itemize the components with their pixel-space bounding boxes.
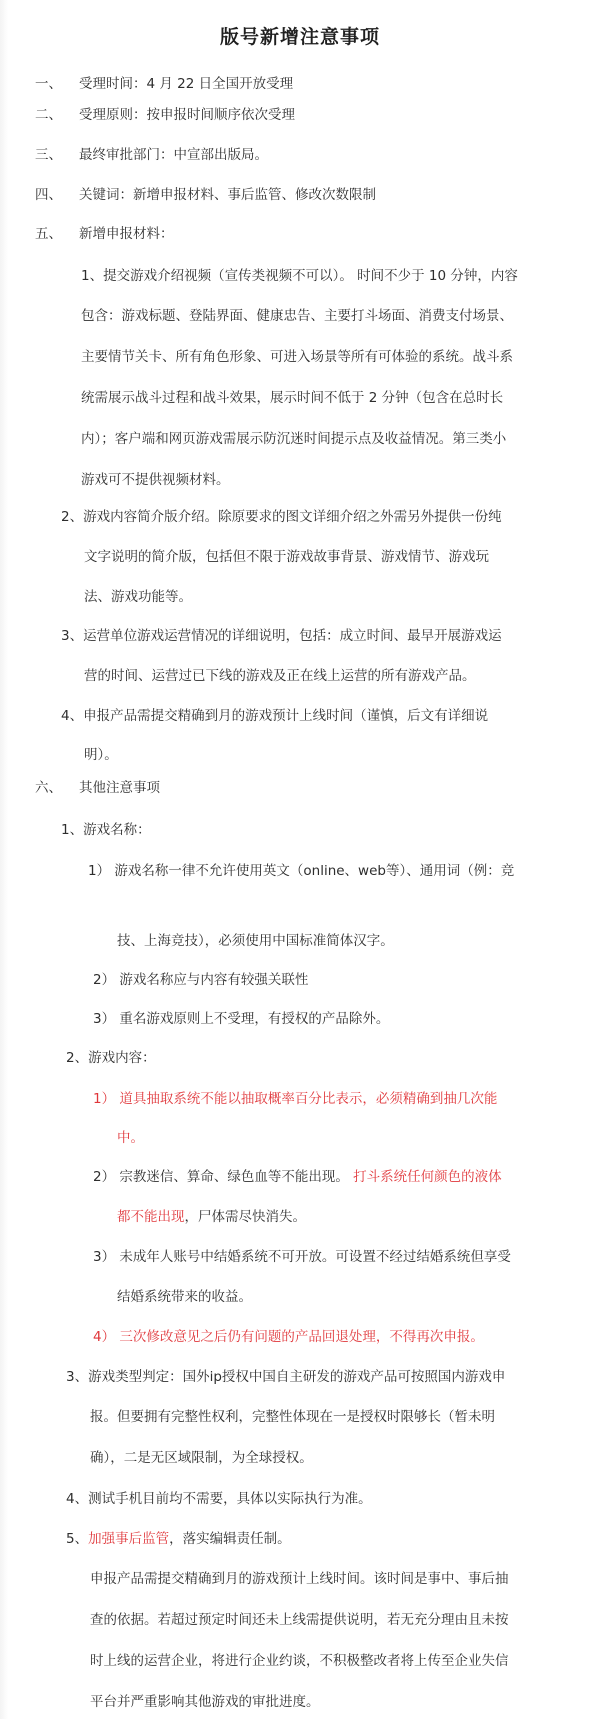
material-4-line-1: 4、申报产品需提交精确到月的游戏预计上线时间（谨慎，后文有详细说 xyxy=(61,707,488,725)
game-content-rule-3-line-1: 3） 未成年人账号中结婚系统不可开放。可设置不经过结婚系统但享受 xyxy=(93,1248,511,1266)
material-1-line-3: 主要情节关卡、所有角色形象、可进入场景等所有可体验的系统。战斗系 xyxy=(81,348,513,366)
material-2-line-3: 法、游戏功能等。 xyxy=(84,588,192,606)
game-type-line-1: 3、游戏类型判定：国外ip授权中国自主研发的游戏产品可按照国内游戏申 xyxy=(66,1368,505,1386)
material-3-line-1: 3、运营单位游戏运营情况的详细说明，包括：成立时间、最早开展游戏运 xyxy=(61,627,502,645)
section-6: 六、其他注意事项 xyxy=(35,779,160,797)
game-content-rule-3-line-2: 结婚系统带来的收益。 xyxy=(117,1288,252,1306)
supervision-heading: 5、加强事后监管，落实编辑责任制。 xyxy=(66,1530,291,1548)
section-1: 一、受理时间：4 月 22 日全国开放受理 xyxy=(35,75,293,93)
section-5: 五、新增申报材料： xyxy=(35,225,174,243)
material-1-line-4: 统需展示战斗过程和战斗效果，展示时间不低于 2 分钟（包含在总时长 xyxy=(81,389,503,407)
material-1-line-5: 内）；客户端和网页游戏需展示防沉迷时间提示点及收益情况。第三类小 xyxy=(81,430,506,448)
game-name-heading: 1、游戏名称： xyxy=(61,821,151,839)
left-edge-shadow xyxy=(0,0,8,1719)
material-4-line-2: 明）。 xyxy=(84,746,118,764)
section-2: 二、受理原则：按申报时间顺序依次受理 xyxy=(35,106,295,124)
supervision-body-line-3: 时上线的运营企业，将进行企业约谈，不积极整改者将上传至企业失信 xyxy=(90,1652,509,1670)
game-name-rule-1-line-1: 1） 游戏名称一律不允许使用英文（online、web等）、通用词（例：竞 xyxy=(88,862,514,880)
section-4: 四、关键词：新增申报材料、事后监管、修改次数限制 xyxy=(35,186,376,204)
material-1-line-2: 包含：游戏标题、登陆界面、健康忠告、主要打斗场面、消费支付场景、 xyxy=(81,307,513,325)
game-type-line-3: 确），二是无区域限制，为全球授权。 xyxy=(90,1449,313,1467)
game-type-line-2: 报。但要拥有完整性权利，完整性体现在一是授权时限够长（暂未明 xyxy=(90,1408,495,1426)
game-content-rule-2-line-2: 都不能出现，尸体需尽快消失。 xyxy=(117,1208,306,1226)
material-1-line-1: 1、提交游戏介绍视频（宣传类视频不可以）。 时间不少于 10 分钟，内容 xyxy=(81,267,518,285)
game-name-rule-1-line-2: 技、上海竞技），必须使用中国标准简体汉字。 xyxy=(117,932,394,950)
game-content-rule-4: 4） 三次修改意见之后仍有问题的产品回退处理，不得再次申报。 xyxy=(93,1328,484,1346)
supervision-body-line-2: 查的依据。若超过预定时间还未上线需提供说明，若无充分理由且未按 xyxy=(90,1611,509,1629)
supervision-body-line-4: 平台并严重影响其他游戏的审批进度。 xyxy=(90,1693,320,1711)
game-name-rule-2: 2） 游戏名称应与内容有较强关联性 xyxy=(93,971,308,989)
game-name-rule-3: 3） 重名游戏原则上不受理，有授权的产品除外。 xyxy=(93,1010,389,1028)
game-content-heading: 2、游戏内容： xyxy=(66,1049,156,1067)
game-content-rule-1-line-1: 1） 道具抽取系统不能以抽取概率百分比表示，必须精确到抽几次能 xyxy=(93,1090,497,1108)
page-title: 版号新增注意事项 xyxy=(0,22,600,49)
game-content-rule-2-line-1: 2） 宗教迷信、算命、绿色血等不能出现。 打斗系统任何颜色的液体 xyxy=(93,1168,502,1186)
section-3: 三、最终审批部门：中宣部出版局。 xyxy=(35,146,268,164)
test-phone-note: 4、测试手机目前均不需要，具体以实际执行为准。 xyxy=(66,1490,372,1508)
material-1-line-6: 游戏可不提供视频材料。 xyxy=(81,471,230,489)
game-content-rule-1-line-2: 中。 xyxy=(117,1129,144,1147)
material-3-line-2: 营的时间、运营过已下线的游戏及正在线上运营的所有游戏产品。 xyxy=(84,667,476,685)
material-2-line-1: 2、游戏内容简介版介绍。除原要求的图文详细介绍之外需另外提供一份纯 xyxy=(61,508,502,526)
supervision-body-line-1: 申报产品需提交精确到月的游戏预计上线时间。该时间是事中、事后抽 xyxy=(90,1570,509,1588)
material-2-line-2: 文字说明的简介版，包括但不限于游戏故事背景、游戏情节、游戏玩 xyxy=(84,548,489,566)
document-page: 版号新增注意事项 一、受理时间：4 月 22 日全国开放受理 二、受理原则：按申… xyxy=(0,0,600,1719)
